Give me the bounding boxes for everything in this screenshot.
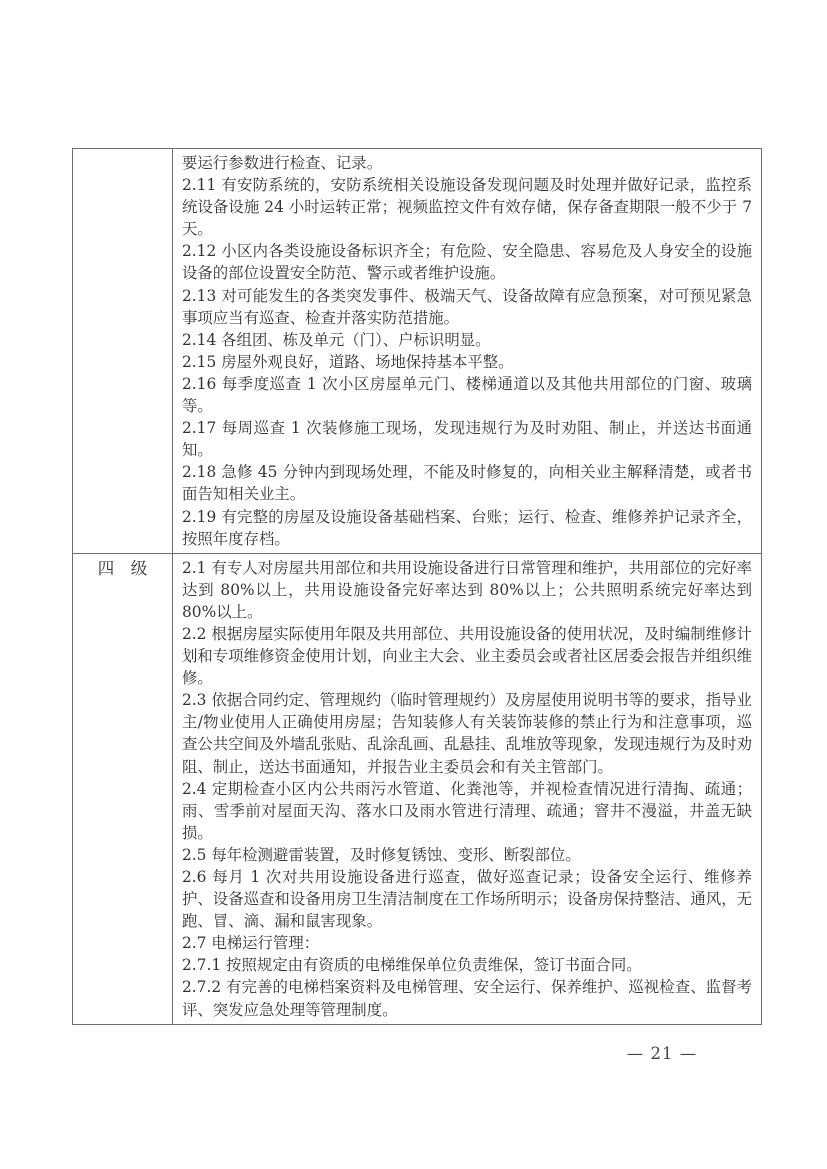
table-row-level-4: 四 级 2.1 有专人对房屋共用部位和共用设施设备进行日常管理和维护，共用部位的… — [73, 553, 762, 1024]
paragraph: 2.4 定期检查小区内公共雨污水管道、化粪池等，并视检查情况进行清掏、疏通；雨、… — [182, 778, 752, 844]
paragraph: 2.5 每年检测避雷装置，及时修复锈蚀、变形、断裂部位。 — [182, 844, 752, 866]
requirements-content-cell: 要运行参数进行检查、记录。2.11 有安防系统的，安防系统相关设施设备发现问题及… — [173, 149, 762, 554]
paragraph: 2.1 有专人对房屋共用部位和共用设施设备进行日常管理和维护，共用部位的完好率达… — [182, 557, 752, 623]
requirements-content-cell: 2.1 有专人对房屋共用部位和共用设施设备进行日常管理和维护，共用部位的完好率达… — [173, 553, 762, 1024]
page-number: — 21 — — [612, 1044, 712, 1063]
paragraph: 2.13 对可能发生的各类突发事件、极端天气、设备故障有应急预案，对可预见紧急事… — [182, 285, 752, 329]
paragraph: 2.17 每周巡查 1 次装修施工现场，发现违规行为及时劝阻、制止，并送达书面通… — [182, 417, 752, 461]
document-page: 要运行参数进行检查、记录。2.11 有安防系统的，安防系统相关设施设备发现问题及… — [0, 0, 827, 1169]
paragraph: 2.16 每季度巡查 1 次小区房屋单元门、楼梯通道以及其他共用部位的门窗、玻璃… — [182, 373, 752, 417]
paragraph: 2.15 房屋外观良好，道路、场地保持基本平整。 — [182, 351, 752, 373]
service-level-table: 要运行参数进行检查、记录。2.11 有安防系统的，安防系统相关设施设备发现问题及… — [72, 148, 762, 1025]
paragraph: 2.6 每月 1 次对共用设施设备进行巡查，做好巡查记录；设备安全运行、维修养护… — [182, 866, 752, 932]
level-label-cell-empty — [73, 149, 173, 554]
paragraph: 2.7.2 有完善的电梯档案资料及电梯管理、安全运行、保养维护、巡视检查、监督考… — [182, 976, 752, 1020]
level-label-cell: 四 级 — [73, 553, 173, 1024]
table-row-continued: 要运行参数进行检查、记录。2.11 有安防系统的，安防系统相关设施设备发现问题及… — [73, 149, 762, 554]
paragraph: 2.7 电梯运行管理： — [182, 932, 752, 954]
paragraph: 2.19 有完整的房屋及设施设备基础档案、台账；运行、检查、维修养护记录齐全，按… — [182, 506, 752, 550]
paragraph: 要运行参数进行检查、记录。 — [182, 152, 752, 174]
paragraph: 2.7.1 按照规定由有资质的电梯维保单位负责维保，签订书面合同。 — [182, 954, 752, 976]
paragraph: 2.18 急修 45 分钟内到现场处理，不能及时修复的，向相关业主解释清楚，或者… — [182, 461, 752, 505]
paragraph: 2.2 根据房屋实际使用年限及共用部位、共用设施设备的使用状况，及时编制维修计划… — [182, 623, 752, 689]
paragraph: 2.12 小区内各类设施设备标识齐全；有危险、安全隐患、容易危及人身安全的设施设… — [182, 240, 752, 284]
paragraph: 2.14 各组团、栋及单元（门）、户标识明显。 — [182, 329, 752, 351]
paragraph: 2.3 依据合同约定、管理规约（临时管理规约）及房屋使用说明书等的要求，指导业主… — [182, 689, 752, 777]
paragraph: 2.11 有安防系统的，安防系统相关设施设备发现问题及时处理并做好记录，监控系统… — [182, 174, 752, 240]
